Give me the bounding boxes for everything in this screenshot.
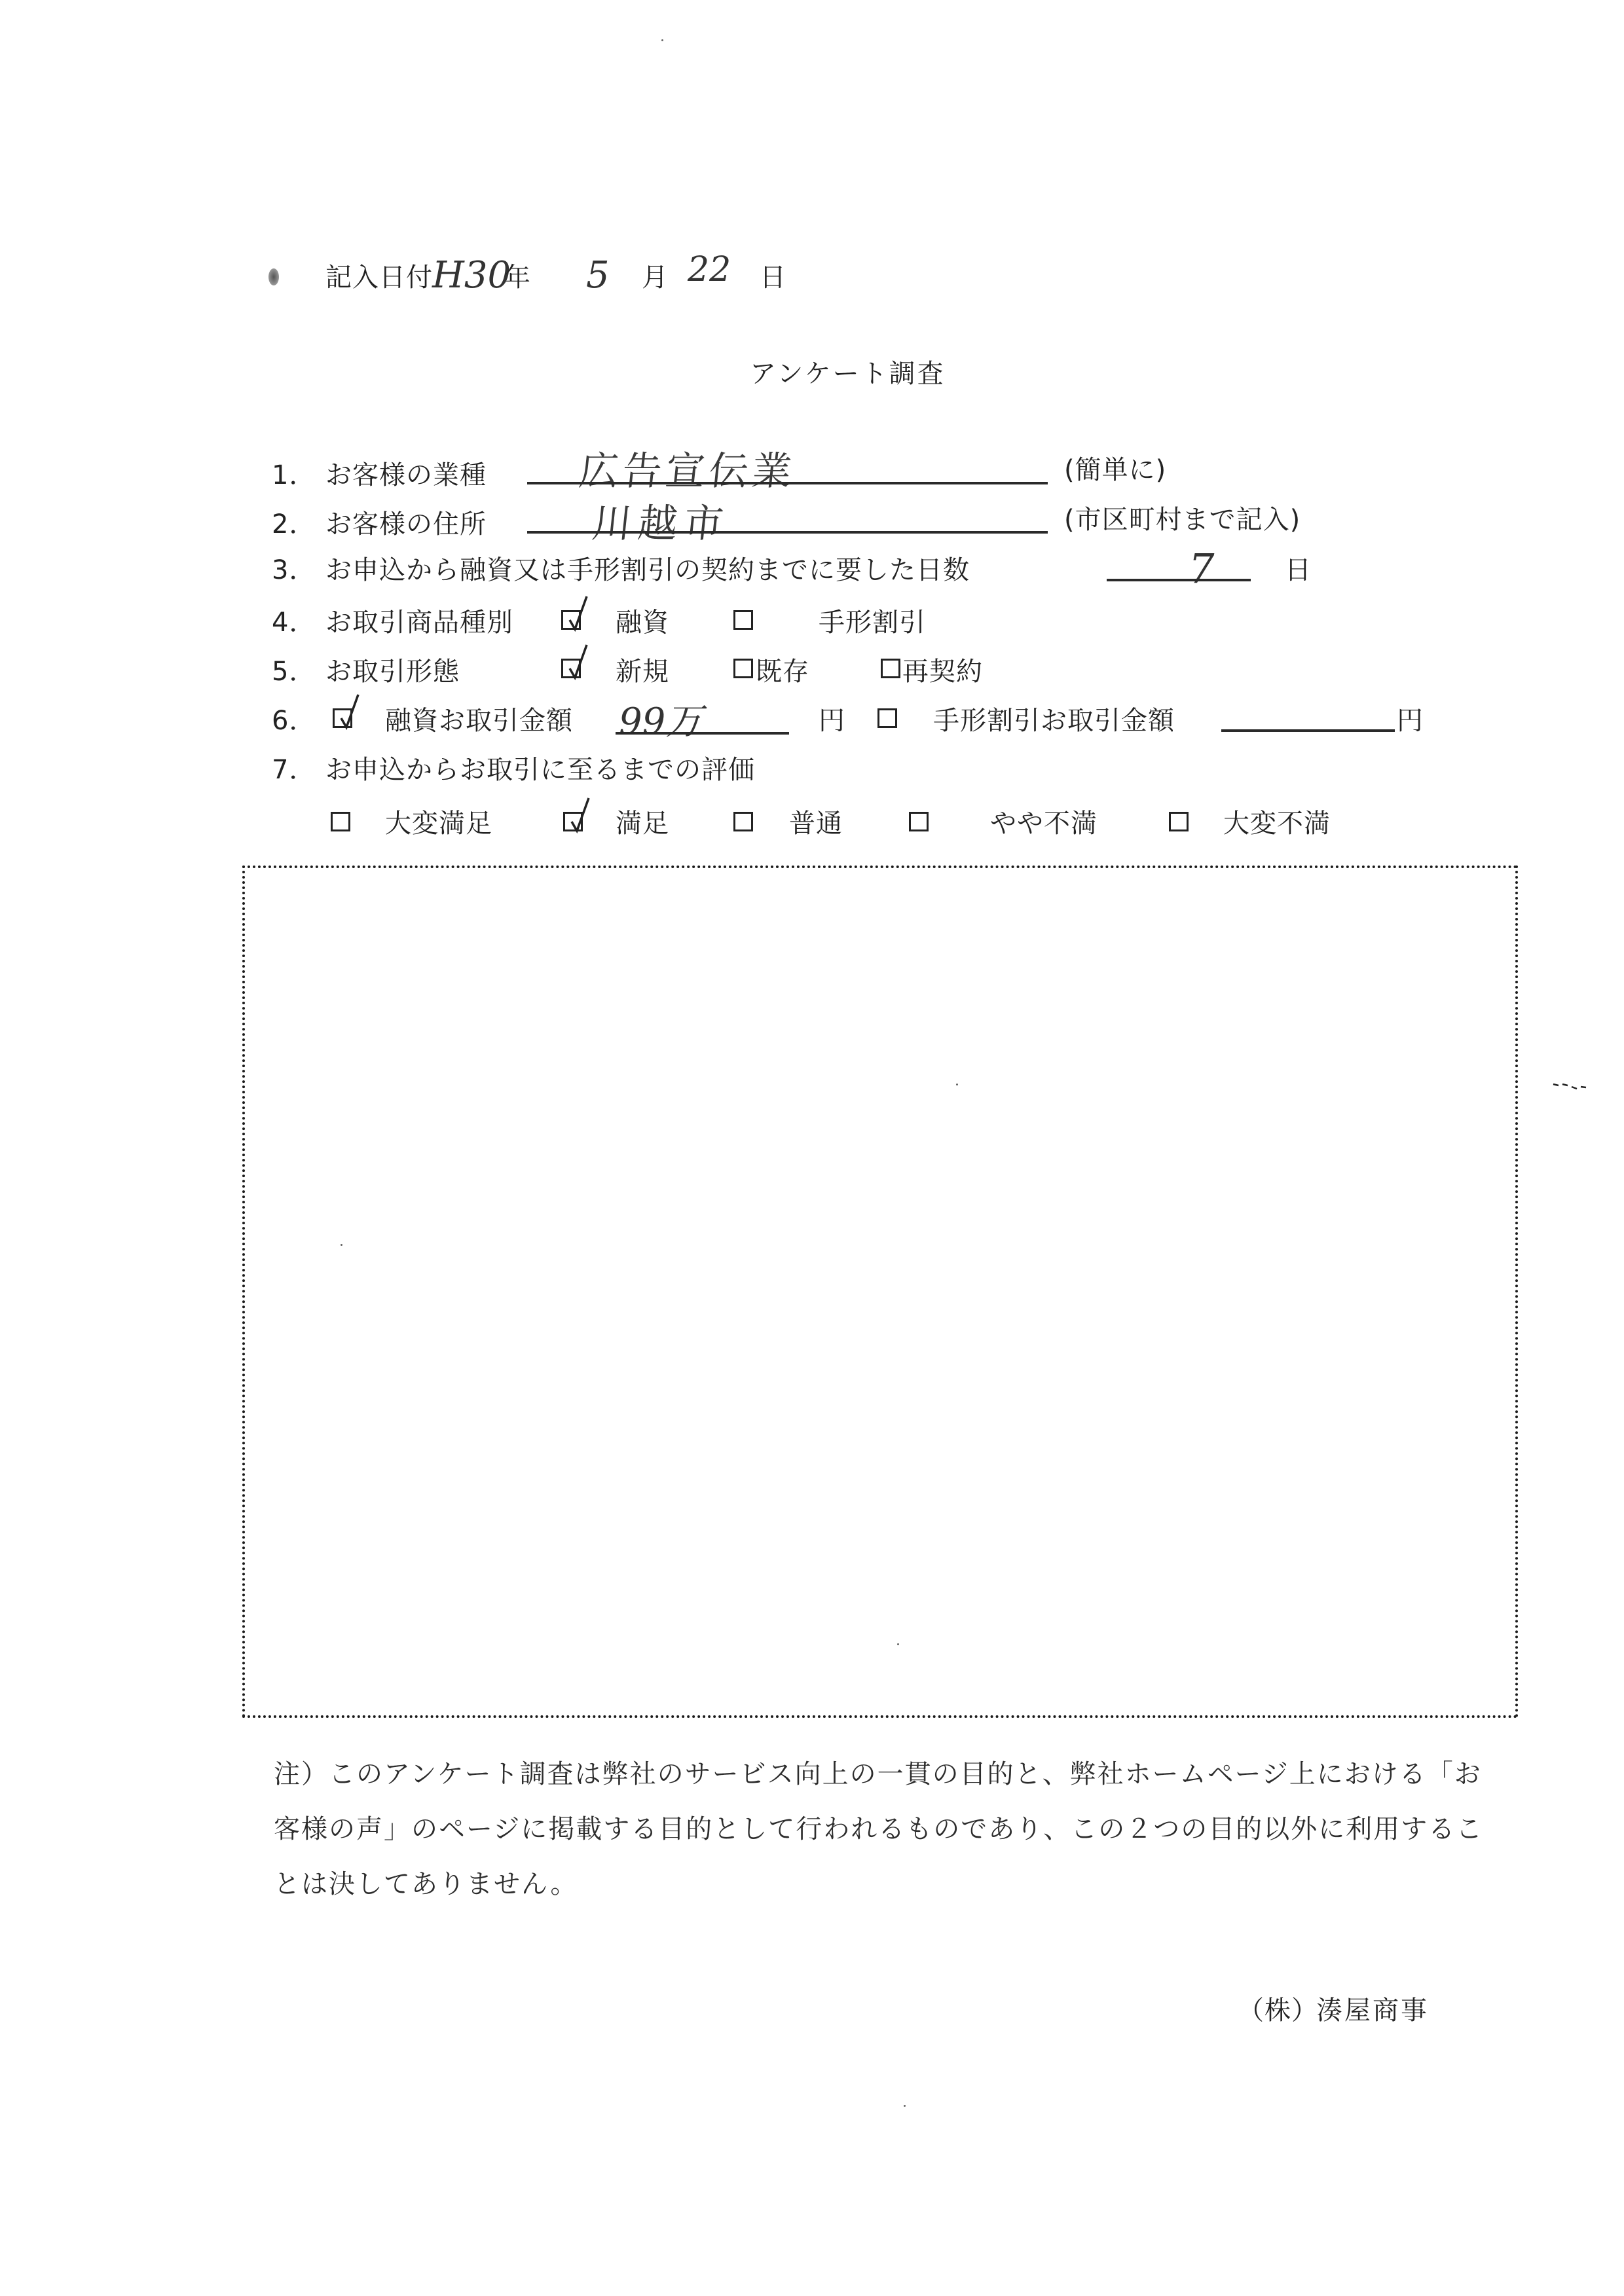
checkmark-icon — [566, 644, 589, 680]
q1-industry-field[interactable]: 広告宣伝業 — [576, 440, 798, 496]
stray-pen-mark — [1552, 1080, 1591, 1093]
q3-label: お申込から融資又は手形割引の契約までに要した日数 — [325, 553, 970, 587]
punch-hole-mark — [268, 268, 279, 285]
q7-option-satisfied: 満足 — [616, 807, 669, 841]
q5-new-checkbox[interactable] — [561, 659, 581, 678]
q2-label: お客様の住所 — [325, 507, 487, 541]
q5-option-new: 新規 — [616, 655, 669, 689]
q6-bill-unit: 円 — [1397, 704, 1424, 738]
q7-number: 7． — [272, 753, 316, 787]
q7-neutral-checkbox[interactable] — [733, 812, 753, 831]
q7-satisfied-checkbox[interactable] — [563, 812, 583, 831]
checkmark-icon — [566, 595, 589, 632]
company-type: （株） — [1238, 1994, 1318, 2028]
q4-bill-discount-checkbox[interactable] — [733, 610, 753, 630]
q3-underline — [1107, 579, 1251, 581]
date-month-value[interactable]: 5 — [586, 254, 610, 297]
month-unit: 月 — [642, 261, 669, 295]
page-title: アンケート調査 — [750, 357, 946, 391]
q4-label: お取引商品種別 — [325, 606, 513, 640]
q6-bill-underline — [1221, 729, 1395, 732]
q7-option-very-dissatisfied: 大変不満 — [1223, 807, 1331, 841]
q3-days-field[interactable]: 7 — [1189, 545, 1214, 592]
q2-hint: (市区町村まで記入) — [1064, 503, 1301, 537]
q4-number: 4． — [272, 606, 316, 640]
q5-option-existing: 既存 — [756, 655, 809, 689]
q3-number: 3． — [272, 553, 316, 587]
q2-number: 2． — [272, 507, 316, 541]
q6-number: 6． — [272, 704, 316, 738]
q1-number: 1． — [272, 458, 316, 492]
q5-recontract-checkbox[interactable] — [881, 659, 900, 678]
q7-somewhat-dissatisfied-checkbox[interactable] — [909, 812, 929, 831]
q1-label: お客様の業種 — [325, 458, 487, 492]
privacy-note: 注）このアンケート調査は弊社のサービス向上の一貫の目的と、弊社ホームページ上にお… — [274, 1747, 1492, 1912]
year-unit: 年 — [504, 261, 531, 295]
scan-speck — [661, 39, 663, 41]
q7-option-neutral: 普通 — [789, 807, 843, 841]
q1-underline — [527, 482, 1048, 484]
q7-label: お申込からお取引に至るまでの評価 — [325, 753, 755, 787]
q7-option-somewhat-dissatisfied: やや不満 — [990, 807, 1098, 841]
date-label: 記入日付 — [325, 261, 433, 295]
checkmark-icon — [568, 797, 591, 833]
free-comment-box[interactable] — [242, 866, 1518, 1718]
q7-very-satisfied-checkbox[interactable] — [331, 812, 350, 831]
day-unit: 日 — [760, 261, 786, 295]
q4-option-loan: 融資 — [616, 606, 669, 640]
q6-loan-amount-label: 融資お取引金額 — [385, 704, 573, 738]
q6-bill-amount-label: 手形割引お取引金額 — [933, 704, 1175, 738]
q7-option-very-satisfied: 大変満足 — [385, 807, 492, 841]
q6-bill-amount-checkbox[interactable] — [877, 708, 897, 728]
date-day-value[interactable]: 22 — [688, 250, 731, 289]
q4-loan-checkbox[interactable] — [561, 610, 581, 630]
q5-option-recontract: 再契約 — [902, 655, 983, 689]
checkmark-icon — [337, 693, 361, 730]
q6-loan-underline — [616, 732, 789, 735]
q5-label: お取引形態 — [325, 655, 460, 689]
company-name: 湊屋商事 — [1316, 1994, 1429, 2028]
q2-underline — [527, 531, 1048, 534]
scan-speck — [904, 2105, 906, 2107]
date-era-year-value[interactable]: H30 — [432, 254, 511, 297]
q4-option-bill-discount: 手形割引 — [819, 606, 926, 640]
q6-loan-amount-field[interactable]: 99万 — [619, 693, 702, 745]
q5-existing-checkbox[interactable] — [733, 659, 753, 678]
q2-address-field[interactable]: 川越市 — [589, 492, 733, 549]
q6-loan-unit: 円 — [819, 704, 845, 738]
q1-hint: (簡単に) — [1064, 453, 1166, 487]
q3-unit: 日 — [1285, 553, 1312, 587]
q7-very-dissatisfied-checkbox[interactable] — [1169, 812, 1189, 831]
q5-number: 5． — [272, 655, 316, 689]
q6-loan-amount-checkbox[interactable] — [333, 708, 352, 728]
